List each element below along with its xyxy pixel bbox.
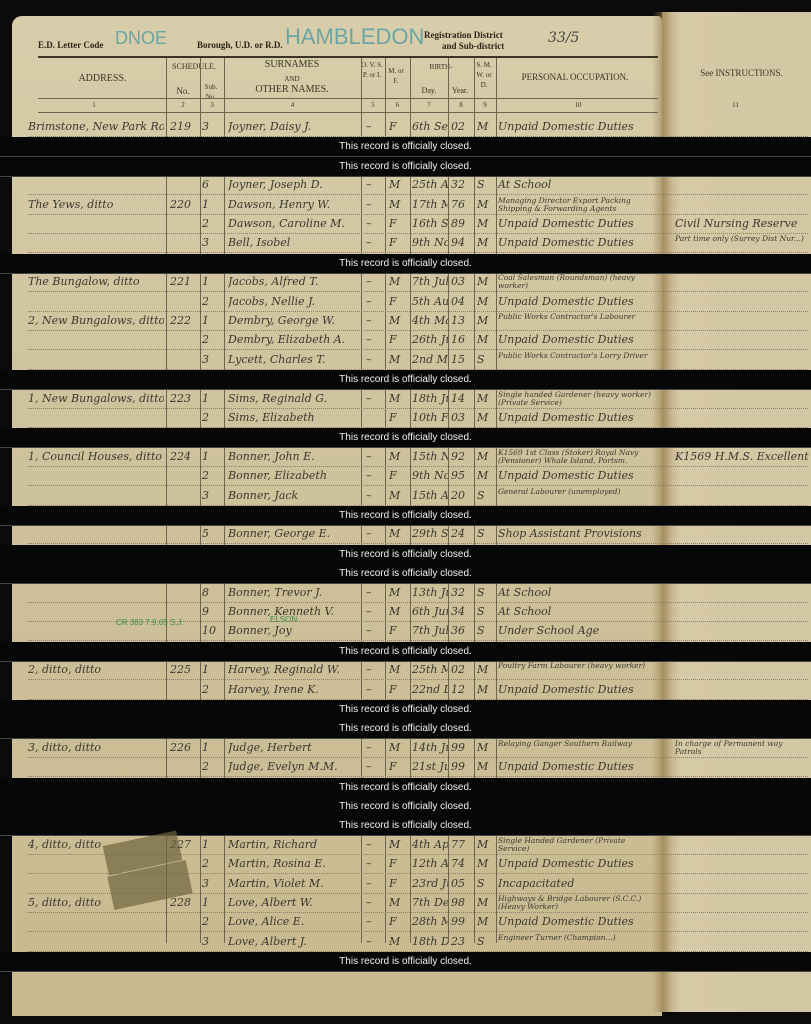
cell-day: 4th Mar — [412, 314, 448, 327]
registration-label-1: Registration District — [424, 30, 503, 40]
cell-ovspi: – — [366, 527, 382, 540]
cell-year: 77 — [451, 838, 473, 851]
cell-occupation: Unpaid Domestic Duties — [498, 857, 656, 870]
column-number: 5 — [361, 100, 385, 110]
closed-record-bar: This record is officially closed. — [0, 370, 811, 390]
cell-day: 9th Nov — [412, 469, 448, 482]
cell-year: 99 — [451, 741, 473, 754]
cell-day: 12th Apl. — [412, 857, 448, 870]
cell-notes: Part time only (Surrey Dist Nur...) — [675, 235, 811, 243]
table-row: 3, ditto, ditto2261Judge, Herbert–M14th … — [0, 739, 811, 758]
column-number: 7 — [410, 100, 448, 110]
cell-year: 20 — [451, 489, 473, 502]
table-row: 2Love, Alice E.–F28th May99MUnpaid Domes… — [0, 913, 811, 932]
cell-sub: 1 — [202, 275, 222, 288]
cell-name: Dembry, Elizabeth A. — [228, 333, 360, 346]
cell-sub: 5 — [202, 527, 222, 540]
column-number: 3 — [200, 100, 224, 110]
cell-name: Martin, Richard — [228, 838, 360, 851]
cell-marital: S — [477, 935, 495, 948]
borough-value: HAMBLEDON — [285, 24, 424, 50]
cell-ovspi: – — [366, 877, 382, 890]
cell-name: Dawson, Henry W. — [228, 198, 360, 211]
cell-sub: 2 — [202, 217, 222, 230]
cell-address: 1, Council Houses, ditto — [28, 450, 164, 463]
cell-marital: M — [477, 857, 495, 870]
cell-name: Bonner, John E. — [228, 450, 360, 463]
cell-sub: 2 — [202, 295, 222, 308]
cell-schedule: 228 — [170, 896, 198, 909]
cell-day: 7th July — [412, 275, 448, 288]
table-row: 2Dawson, Caroline M.–F16th Sept89MUnpaid… — [0, 215, 811, 234]
table-row: The Bungalow, ditto2211Jacobs, Alfred T.… — [0, 273, 811, 292]
cell-name: Martin, Rosina E. — [228, 857, 360, 870]
cell-sub: 3 — [202, 489, 222, 502]
cell-occupation: Unpaid Domestic Duties — [498, 683, 656, 696]
cell-name: Dawson, Caroline M. — [228, 217, 360, 230]
cell-day: 16th Sept — [412, 217, 448, 230]
cell-year: 05 — [451, 877, 473, 890]
cell-occupation: Highways & Bridge Labourer (S.C.C.) (Hea… — [498, 895, 656, 911]
cell-marital: M — [477, 236, 495, 249]
cell-year: 36 — [451, 624, 473, 637]
closed-record-bar: This record is officially closed. — [0, 778, 811, 798]
table-row: 2Judge, Evelyn M.M.–F21st Jul99MUnpaid D… — [0, 758, 811, 777]
column-number: 9 — [474, 100, 496, 110]
cell-address: 1, New Bungalows, ditto — [28, 392, 164, 405]
cell-occupation: Unpaid Domestic Duties — [498, 295, 656, 308]
cell-marital: M — [477, 896, 495, 909]
green-annotation: CR 383 7.9.65 S.J. — [116, 618, 184, 627]
cell-year: 14 — [451, 392, 473, 405]
column-number: 4 — [224, 100, 361, 110]
cell-marital: M — [477, 741, 495, 754]
cell-day: 18th Dec — [412, 935, 448, 948]
col-surnames-and: AND — [224, 74, 360, 84]
cell-ovspi: – — [366, 275, 382, 288]
closed-record-bar: This record is officially closed. — [0, 952, 811, 972]
cell-address: 2, ditto, ditto — [28, 663, 164, 676]
closed-record-bar: This record is officially closed. — [0, 719, 811, 739]
col-marital: S. M. W. or D. — [474, 60, 494, 90]
cell-occupation: Single handed Gardener (heavy worker) (P… — [498, 391, 656, 407]
cell-ovspi: – — [366, 236, 382, 249]
cell-occupation: Unpaid Domestic Duties — [498, 760, 656, 773]
cell-ovspi: – — [366, 838, 382, 851]
cell-marital: M — [477, 295, 495, 308]
cell-sub: 1 — [202, 838, 222, 851]
table-row: 2, ditto, ditto2251Harvey, Reginald W.–M… — [0, 661, 811, 680]
cell-ovspi: – — [366, 760, 382, 773]
cell-year: 99 — [451, 760, 473, 773]
cell-occupation: Unpaid Domestic Duties — [498, 120, 656, 133]
cell-day: 15th Nov — [412, 450, 448, 463]
cell-ovspi: – — [366, 120, 382, 133]
ed-letter-code-label: E.D. Letter Code — [38, 40, 103, 50]
table-row: 3Love, Albert J.–M18th Dec23SEngineer Tu… — [0, 933, 811, 952]
cell-address: The Yews, ditto — [28, 198, 164, 211]
closed-record-bar: This record is officially closed. — [0, 700, 811, 720]
table-row: 3Bell, Isobel–F9th Nov94MUnpaid Domestic… — [0, 234, 811, 253]
closed-record-bar: This record is officially closed. — [0, 797, 811, 817]
cell-year: 99 — [451, 915, 473, 928]
registration-value: 33/5 — [548, 30, 579, 46]
cell-name: Lycett, Charles T. — [228, 353, 360, 366]
table-row: The Yews, ditto2201Dawson, Henry W.–M17t… — [0, 196, 811, 215]
table-row: 8Bonner, Trevor J.–M13th July32SAt Schoo… — [0, 584, 811, 603]
cell-marital: M — [477, 663, 495, 676]
cell-marital: M — [477, 683, 495, 696]
cell-ovspi: – — [366, 217, 382, 230]
cell-year: 12 — [451, 683, 473, 696]
cell-year: 34 — [451, 605, 473, 618]
cell-day: 23rd June — [412, 877, 448, 890]
cell-day: 6th Sept — [412, 120, 448, 133]
cell-sub: 3 — [202, 935, 222, 948]
cell-year: 89 — [451, 217, 473, 230]
ed-letter-code-value: DNOE — [115, 28, 167, 49]
cell-ovspi: – — [366, 333, 382, 346]
cell-sub: 3 — [202, 236, 222, 249]
cell-ovspi: – — [366, 178, 382, 191]
cell-sub: 3 — [202, 353, 222, 366]
cell-name: Martin, Violet M. — [228, 877, 360, 890]
cell-year: 92 — [451, 450, 473, 463]
closed-record-bar: This record is officially closed. — [0, 254, 811, 274]
cell-occupation: K1569 1st Class (Stoker) Royal Navy (Pen… — [498, 449, 656, 465]
cell-sex: F — [389, 624, 407, 637]
cell-name: Harvey, Reginald W. — [228, 663, 360, 676]
cell-occupation: Shop Assistant Provisions — [498, 527, 656, 540]
cell-year: 02 — [451, 663, 473, 676]
cell-year: 03 — [451, 275, 473, 288]
cell-sex: M — [389, 392, 407, 405]
cell-name: Joyner, Joseph D. — [228, 178, 360, 191]
cell-sex: M — [389, 586, 407, 599]
closed-record-bar: This record is officially closed. — [0, 816, 811, 836]
cell-marital: M — [477, 469, 495, 482]
cell-name: Sims, Elizabeth — [228, 411, 360, 424]
cell-sub: 1 — [202, 392, 222, 405]
cell-name: Harvey, Irene K. — [228, 683, 360, 696]
cell-day: 17th May — [412, 198, 448, 211]
cell-sub: 1 — [202, 741, 222, 754]
cell-name: Dembry, George W. — [228, 314, 360, 327]
cell-schedule: 220 — [170, 198, 198, 211]
cell-marital: M — [477, 275, 495, 288]
cell-sex: M — [389, 178, 407, 191]
table-row: 2Bonner, Elizabeth–F9th Nov95MUnpaid Dom… — [0, 467, 811, 486]
cell-marital: S — [477, 877, 495, 890]
cell-day: 2nd May — [412, 353, 448, 366]
cell-sex: M — [389, 838, 407, 851]
cell-name: Bonner, Jack — [228, 489, 360, 502]
col-address: ADDRESS. — [40, 74, 165, 84]
cell-year: 15 — [451, 353, 473, 366]
cell-day: 10th Feb — [412, 411, 448, 424]
cell-occupation: Unpaid Domestic Duties — [498, 217, 656, 230]
cell-name: Love, Albert W. — [228, 896, 360, 909]
cell-marital: S — [477, 353, 495, 366]
cell-marital: S — [477, 489, 495, 502]
cell-sub: 1 — [202, 896, 222, 909]
cell-address: Brimstone, New Park Road — [28, 120, 164, 133]
cell-day: 7th July — [412, 624, 448, 637]
cell-occupation: Unpaid Domestic Duties — [498, 411, 656, 424]
table-row: 6Joyner, Joseph D.–M25th Apl32SAt School — [0, 176, 811, 195]
cell-notes: In charge of Permanent way Patrols — [675, 740, 811, 756]
cell-occupation: Coal Salesman (Roundsman) (heavy worker) — [498, 274, 656, 290]
cell-ovspi: – — [366, 663, 382, 676]
cell-occupation: At School — [498, 178, 656, 191]
table-row: 2Sims, ElizabethF10th Feb03MUnpaid Domes… — [0, 409, 811, 428]
cell-ovspi: – — [366, 915, 382, 928]
closed-record-bar: This record is officially closed. — [0, 564, 811, 584]
cell-year: 24 — [451, 527, 473, 540]
cell-name: Sims, Reginald G. — [228, 392, 360, 405]
cell-name: Bonner, George E. — [228, 527, 360, 540]
cell-name: Bonner, Elizabeth — [228, 469, 360, 482]
table-row: 2Dembry, Elizabeth A.–F26th July16MUnpai… — [0, 331, 811, 350]
cell-address: The Bungalow, ditto — [28, 275, 164, 288]
cell-name: Jacobs, Nellie J. — [228, 295, 360, 308]
cell-notes: K1569 H.M.S. Excellent — [675, 450, 811, 463]
closed-record-bar: This record is officially closed. — [0, 642, 811, 662]
cell-sex: F — [389, 469, 407, 482]
cell-sex: M — [389, 275, 407, 288]
cell-day: 18th June — [412, 392, 448, 405]
cell-marital: M — [477, 120, 495, 133]
col-other-names: OTHER NAMES. — [224, 85, 360, 95]
cell-year: 16 — [451, 333, 473, 346]
closed-record-bar: This record is officially closed. — [0, 137, 811, 157]
cell-ovspi: – — [366, 353, 382, 366]
column-number: 1 — [22, 100, 166, 110]
cell-occupation: Engineer Turner (Champion...) — [498, 934, 656, 942]
cell-year: 94 — [451, 236, 473, 249]
closed-record-bar: This record is officially closed. — [0, 428, 811, 448]
cell-year: 23 — [451, 935, 473, 948]
col-instructions: See INSTRUCTIONS. — [672, 68, 811, 78]
cell-sex: M — [389, 198, 407, 211]
cell-notes: Civil Nursing Reserve — [675, 217, 811, 230]
cell-marital: M — [477, 838, 495, 851]
cell-sex: M — [389, 314, 407, 327]
cell-sub: 3 — [202, 120, 222, 133]
table-row: 1, Council Houses, ditto2241Bonner, John… — [0, 448, 811, 467]
cell-day: 5th Aug — [412, 295, 448, 308]
cell-day: 21st Jul — [412, 760, 448, 773]
table-row: 10Bonner, Joy–F7th July36SUnder School A… — [0, 622, 811, 641]
cell-schedule: 226 — [170, 741, 198, 754]
cell-day: 9th Nov — [412, 236, 448, 249]
table-row: 2Jacobs, Nellie J.–F5th Aug04MUnpaid Dom… — [0, 293, 811, 312]
cell-occupation: Unpaid Domestic Duties — [498, 236, 656, 249]
cell-day: 25th Mar — [412, 663, 448, 676]
cell-ovspi: – — [366, 314, 382, 327]
cell-occupation: At School — [498, 605, 656, 618]
cell-ovspi: – — [366, 586, 382, 599]
closed-record-bar: This record is officially closed. — [0, 545, 811, 565]
cell-year: 32 — [451, 586, 473, 599]
cell-address: 3, ditto, ditto — [28, 741, 164, 754]
cell-ovspi: – — [366, 450, 382, 463]
cell-marital: S — [477, 605, 495, 618]
table-row: Brimstone, New Park Road2193Joyner, Dais… — [0, 118, 811, 137]
cell-occupation: Unpaid Domestic Duties — [498, 333, 656, 346]
column-number: 10 — [496, 100, 660, 110]
cell-sub: 9 — [202, 605, 222, 618]
cell-name: Judge, Evelyn M.M. — [228, 760, 360, 773]
cell-year: 95 — [451, 469, 473, 482]
cell-sub: 2 — [202, 915, 222, 928]
cell-name: Bell, Isobel — [228, 236, 360, 249]
cell-sub: 1 — [202, 314, 222, 327]
cell-occupation: Unpaid Domestic Duties — [498, 469, 656, 482]
cell-occupation: Managing Director Export Packing Shippin… — [498, 197, 656, 213]
cell-name: Love, Albert J. — [228, 935, 360, 948]
cell-sex: F — [389, 411, 407, 424]
cell-day: 29th Sept — [412, 527, 448, 540]
column-number: 8 — [448, 100, 474, 110]
col-surnames: SURNAMES — [224, 60, 360, 70]
cell-ovspi: – — [366, 624, 382, 637]
col-schedule-no: No. — [166, 86, 200, 96]
cell-sex: M — [389, 896, 407, 909]
cell-sex: F — [389, 295, 407, 308]
cell-ovspi: – — [366, 935, 382, 948]
column-number: 6 — [385, 100, 410, 110]
cell-sex: F — [389, 236, 407, 249]
cell-marital: M — [477, 217, 495, 230]
column-number: 2 — [166, 100, 200, 110]
col-birth: BIRTH- — [410, 62, 472, 72]
cell-marital: S — [477, 178, 495, 191]
cell-occupation: Unpaid Domestic Duties — [498, 915, 656, 928]
cell-name: Love, Alice E. — [228, 915, 360, 928]
table-row: 3Lycett, Charles T.–M2nd May15SPublic Wo… — [0, 351, 811, 370]
cell-schedule: 223 — [170, 392, 198, 405]
cell-sub: 3 — [202, 877, 222, 890]
cell-name: Bonner, Trevor J. — [228, 586, 360, 599]
col-sex: M. or F. — [385, 66, 407, 86]
cell-sub: 1 — [202, 663, 222, 676]
cell-sex: F — [389, 333, 407, 346]
cell-sex: F — [389, 683, 407, 696]
cell-ovspi: – — [366, 295, 382, 308]
cell-marital: S — [477, 527, 495, 540]
cell-day: 26th July — [412, 333, 448, 346]
cell-marital: M — [477, 314, 495, 327]
col-schedule-sub: Sub. No. — [200, 82, 222, 102]
cell-marital: M — [477, 392, 495, 405]
table-row: 5Bonner, George E.–M29th Sept24SShop Ass… — [0, 525, 811, 544]
cell-name: Joyner, Daisy J. — [228, 120, 360, 133]
cell-occupation: Single Handed Gardener (Private Service) — [498, 837, 656, 853]
cell-day: 15th Aug — [412, 489, 448, 502]
cell-schedule: 222 — [170, 314, 198, 327]
cell-occupation: Relaying Ganger Southern Railway — [498, 740, 656, 748]
cell-schedule: 219 — [170, 120, 198, 133]
cell-year: 98 — [451, 896, 473, 909]
cell-year: 04 — [451, 295, 473, 308]
cell-marital: M — [477, 760, 495, 773]
cell-ovspi: – — [366, 857, 382, 870]
table-row: 3Bonner, Jack–M15th Aug20SGeneral Labour… — [0, 487, 811, 506]
cell-sex: F — [389, 877, 407, 890]
cell-day: 4th Apl. — [412, 838, 448, 851]
cell-day: 7th Dec — [412, 896, 448, 909]
cell-day: 6th June — [412, 605, 448, 618]
column-number: 11 — [660, 100, 811, 110]
cell-sex: M — [389, 450, 407, 463]
cell-sex: F — [389, 857, 407, 870]
cell-sub: 2 — [202, 683, 222, 696]
cell-sex: M — [389, 605, 407, 618]
table-row: 1, New Bungalows, ditto2231Sims, Reginal… — [0, 390, 811, 409]
col-birth-day: Day. — [410, 86, 448, 96]
cell-occupation: General Labourer (unemployed) — [498, 488, 656, 496]
col-ovspi: O. V. S. P. or I. — [361, 60, 383, 80]
cell-sub: 2 — [202, 411, 222, 424]
cell-occupation: At School — [498, 586, 656, 599]
cell-sub: 2 — [202, 469, 222, 482]
table-row: 2, New Bungalows, ditto2221Dembry, Georg… — [0, 312, 811, 331]
borough-label: Borough, U.D. or R.D. — [197, 40, 283, 50]
cell-sub: 2 — [202, 857, 222, 870]
cell-marital: S — [477, 586, 495, 599]
col-birth-year: Year. — [448, 86, 472, 96]
cell-sex: F — [389, 760, 407, 773]
cell-year: 32 — [451, 178, 473, 191]
cell-sex: M — [389, 353, 407, 366]
table-row: 2Harvey, Irene K.–F22nd Dec12MUnpaid Dom… — [0, 681, 811, 700]
cell-sex: F — [389, 120, 407, 133]
cell-name: Judge, Herbert — [228, 741, 360, 754]
cell-sub: 1 — [202, 450, 222, 463]
cell-marital: M — [477, 333, 495, 346]
cell-marital: M — [477, 198, 495, 211]
cell-sub: 1 — [202, 198, 222, 211]
cell-marital: M — [477, 915, 495, 928]
cell-sub: 8 — [202, 586, 222, 599]
cell-sub: 2 — [202, 760, 222, 773]
cell-day: 13th July — [412, 586, 448, 599]
cell-sex: M — [389, 489, 407, 502]
cell-day: 25th Apl — [412, 178, 448, 191]
cell-sub: 10 — [202, 624, 222, 637]
cell-year: 02 — [451, 120, 473, 133]
cell-marital: M — [477, 411, 495, 424]
closed-record-bar: This record is officially closed. — [0, 157, 811, 177]
cell-occupation: Under School Age — [498, 624, 656, 637]
registration-label-2: and Sub-district — [442, 41, 504, 51]
cell-day: 14th June — [412, 741, 448, 754]
cell-occupation: Public Works Contractor's Labourer — [498, 313, 656, 321]
col-schedule: SCHEDULE. — [166, 62, 222, 72]
header-divider — [38, 98, 658, 99]
cell-sub: 2 — [202, 333, 222, 346]
cell-ovspi: – — [366, 683, 382, 696]
cell-marital: S — [477, 624, 495, 637]
cell-name: Bonner, Joy — [228, 624, 360, 637]
cell-sex: M — [389, 935, 407, 948]
cell-ovspi: – — [366, 392, 382, 405]
cell-year: 03 — [451, 411, 473, 424]
cell-address: 2, New Bungalows, ditto — [28, 314, 164, 327]
cell-occupation: Public Works Contractor's Lorry Driver — [498, 352, 656, 360]
cell-marital: M — [477, 450, 495, 463]
